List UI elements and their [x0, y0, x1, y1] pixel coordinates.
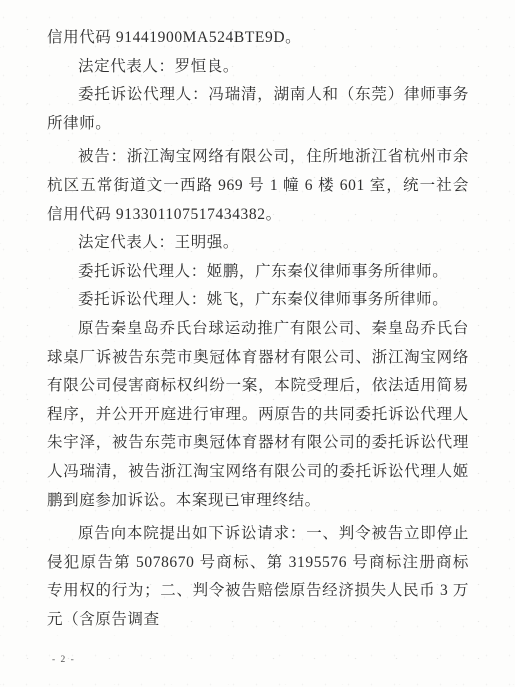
- paragraph-legal-representative-luo: 法定代表人：罗恒良。: [47, 53, 469, 82]
- document-page: 信用代码 91441900MA524BTE9D。 法定代表人：罗恒良。 委托诉讼…: [0, 0, 515, 687]
- document-body: 信用代码 91441900MA524BTE9D。 法定代表人：罗恒良。 委托诉讼…: [47, 24, 469, 634]
- paragraph-credit-code-continuation: 信用代码 91441900MA524BTE9D。: [47, 24, 469, 53]
- paragraph-litigation-agent-yao: 委托诉讼代理人：姚飞，广东秦仪律师事务所律师。: [47, 286, 469, 315]
- paragraph-case-overview: 原告秦皇岛乔氏台球运动推广有限公司、秦皇岛乔氏台球桌厂诉被告东莞市奥冠体育器材有…: [47, 315, 469, 515]
- paragraph-litigation-agent-ji: 委托诉讼代理人：姬鹏，广东秦仪律师事务所律师。: [47, 258, 469, 287]
- paragraph-legal-representative-wang: 法定代表人：王明强。: [47, 229, 469, 258]
- paragraph-defendant-taobao: 被告：浙江淘宝网络有限公司，住所地浙江省杭州市余杭区五常街道文一西路 969 号…: [47, 143, 469, 229]
- paragraph-litigation-agent-feng: 委托诉讼代理人：冯瑞清，湖南人和（东莞）律师事务所律师。: [47, 81, 469, 138]
- page-number: - 2 -: [52, 655, 75, 665]
- paragraph-plaintiff-claims: 原告向本院提出如下诉讼请求：一、判令被告立即停止侵犯原告第 5078670 号商…: [47, 520, 469, 634]
